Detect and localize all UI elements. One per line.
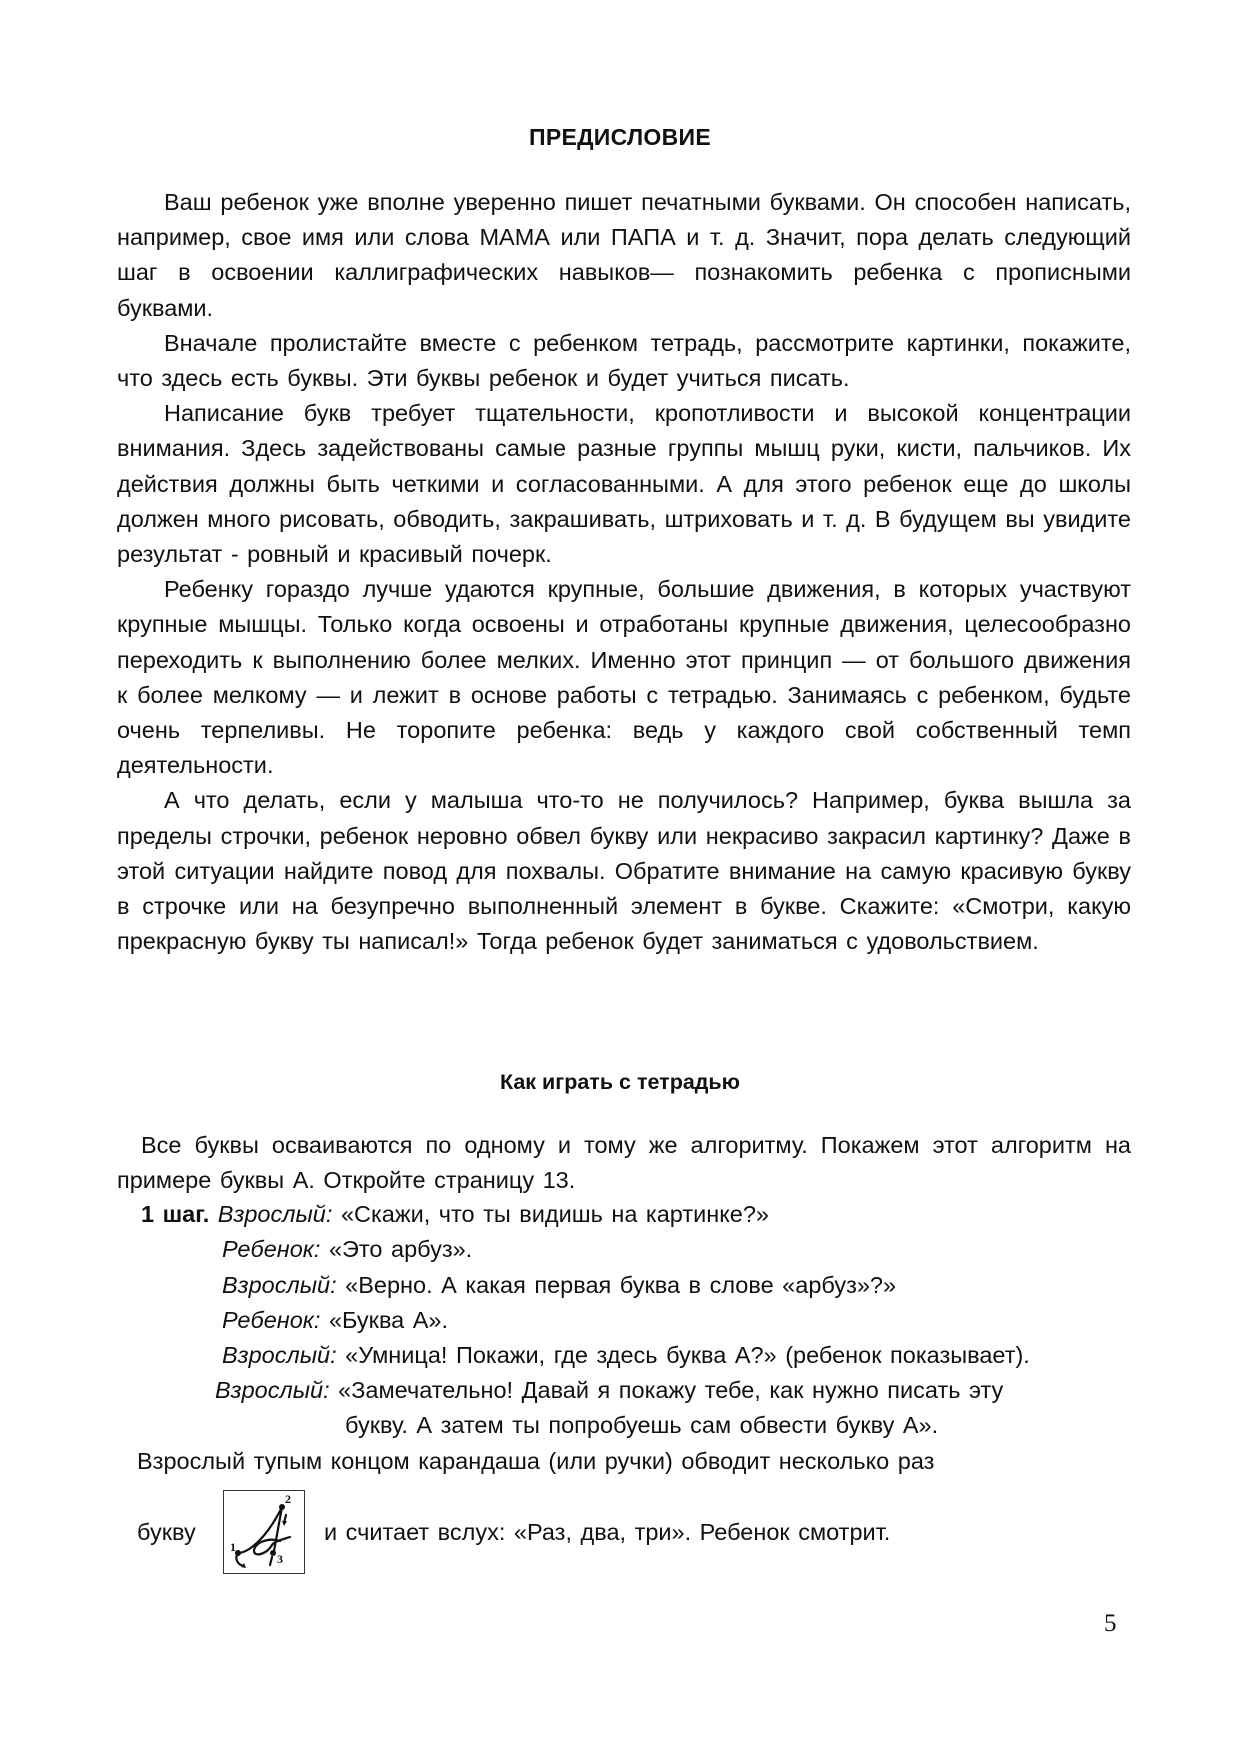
page-title: ПРЕДИСЛОВИЕ <box>0 124 1240 151</box>
preface-paragraph-4: Ребенку гораздо лучше удаются крупные, б… <box>117 572 1131 783</box>
dialogue-continuation: букву. А затем ты попробуешь сам обвести… <box>345 1408 938 1443</box>
page-number: 5 <box>1104 1610 1117 1638</box>
preface-paragraph-2: Вначале пролистайте вместе с ребенком те… <box>117 326 1131 396</box>
utterance: «Замечательно! Давай я покажу тебе, как … <box>338 1377 1003 1403</box>
step-line-1: 1 шаг. Взрослый: «Скажи, что ты видишь н… <box>141 1197 769 1232</box>
speaker: Взрослый: <box>215 1377 330 1403</box>
utterance: «Буква А». <box>329 1307 448 1333</box>
dialogue-line-6: Взрослый: «Замечательно! Давай я покажу … <box>215 1373 1003 1408</box>
algorithm-intro-block: Все буквы осваиваются по одному и тому ж… <box>117 1128 1131 1198</box>
closing-after-image: и считает вслух: «Раз, два, три». Ребено… <box>324 1515 890 1550</box>
preface-paragraph-1: Ваш ребенок уже вполне уверенно пишет пе… <box>117 185 1131 326</box>
closing-before-image: букву <box>137 1515 196 1550</box>
step-label: 1 шаг. <box>141 1201 209 1227</box>
speaker: Взрослый: <box>222 1342 337 1368</box>
svg-text:3: 3 <box>277 1552 283 1566</box>
preface-body: Ваш ребенок уже вполне уверенно пишет пе… <box>117 185 1131 959</box>
svg-text:2: 2 <box>285 1492 291 1506</box>
preface-paragraph-3: Написание букв требует тщательности, кро… <box>117 396 1131 572</box>
dialogue-line-4: Ребенок: «Буква А». <box>222 1303 448 1338</box>
dialogue-line-3: Взрослый: «Верно. А какая первая буква в… <box>222 1268 896 1303</box>
section-subtitle: Как играть с тетрадью <box>0 1070 1240 1095</box>
speaker: Ребенок: <box>222 1236 320 1262</box>
closing-line-1: Взрослый тупым концом карандаша (или руч… <box>137 1444 934 1479</box>
preface-paragraph-5: А что делать, если у малыша что-то не по… <box>117 783 1131 959</box>
utterance: «Умница! Покажи, где здесь буква А?» (ре… <box>345 1342 1030 1368</box>
svg-text:1: 1 <box>230 1540 236 1554</box>
letter-a-stroke-diagram: 1 2 3 <box>223 1490 305 1574</box>
utterance: «Скажи, что ты видишь на картинке?» <box>341 1201 769 1227</box>
cursive-a-icon: 1 2 3 <box>224 1491 304 1573</box>
dialogue-line-5: Взрослый: «Умница! Покажи, где здесь бук… <box>222 1338 1030 1373</box>
speaker: Ребенок: <box>222 1307 320 1333</box>
utterance: «Это арбуз». <box>329 1236 472 1262</box>
book-page: ПРЕДИСЛОВИЕ Ваш ребенок уже вполне увере… <box>0 0 1240 1752</box>
algorithm-intro: Все буквы осваиваются по одному и тому ж… <box>117 1128 1131 1198</box>
dialogue-line-2: Ребенок: «Это арбуз». <box>222 1232 472 1267</box>
speaker: Взрослый: <box>218 1201 333 1227</box>
utterance: «Верно. А какая первая буква в слове «ар… <box>345 1272 896 1298</box>
speaker: Взрослый: <box>222 1272 337 1298</box>
